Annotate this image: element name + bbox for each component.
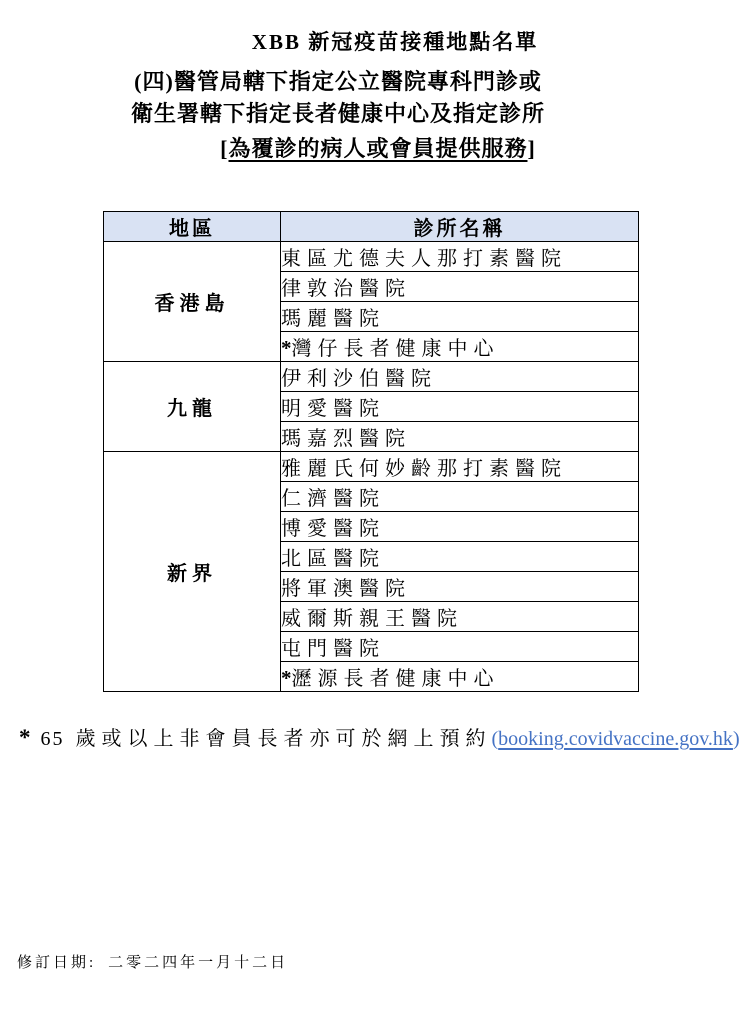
clinic-cell: 博愛醫院 [281, 512, 639, 542]
clinic-cell: *灣仔長者健康中心 [281, 332, 639, 362]
clinic-cell: 北區醫院 [281, 542, 639, 572]
booking-link[interactable]: booking.covidvaccine.gov.hk [498, 728, 733, 750]
subtitle-line-2: 衛生署轄下指定長者健康中心及指定診所 [0, 97, 676, 128]
footnote-number: 65 [41, 728, 65, 750]
table-row: 九龍伊利沙伯醫院 [104, 362, 639, 392]
table-row: 新界雅麗氏何妙齡那打素醫院 [104, 452, 639, 482]
document-page: XBB 新冠疫苗接種地點名單 (四)醫管局轄下指定公立醫院專科門診或 衛生署轄下… [0, 0, 751, 1022]
clinic-table-body: 香港島東區尤德夫人那打素醫院律敦治醫院瑪麗醫院*灣仔長者健康中心九龍伊利沙伯醫院… [104, 242, 639, 692]
footnote-close-paren: ) [733, 728, 740, 750]
table-header-row: 地區 診所名稱 [104, 212, 639, 242]
clinic-cell: 東區尤德夫人那打素醫院 [281, 242, 639, 272]
footnote-asterisk: * [19, 725, 31, 750]
clinic-cell: 伊利沙伯醫院 [281, 362, 639, 392]
revision-date-line: 修訂日期:二零二四年一月十二日 [17, 951, 288, 972]
clinic-cell: 瑪麗醫院 [281, 302, 639, 332]
clinic-cell: 屯門醫院 [281, 632, 639, 662]
clinic-cell: 將軍澳醫院 [281, 572, 639, 602]
clinic-cell: *瀝源長者健康中心 [281, 662, 639, 692]
clinic-cell: 瑪嘉烈醫院 [281, 422, 639, 452]
clinic-column-header: 診所名稱 [281, 212, 639, 242]
clinic-asterisk: * [281, 336, 292, 360]
district-column-header: 地區 [104, 212, 281, 242]
document-title: XBB 新冠疫苗接種地點名單 [0, 26, 751, 56]
service-note: [為覆診的病人或會員提供服務] [0, 132, 751, 163]
clinic-cell: 雅麗氏何妙齡那打素醫院 [281, 452, 639, 482]
footnote-text: 歲或以上非會員長者亦可於網上預約 [76, 728, 492, 750]
subtitle-line-1: (四)醫管局轄下指定公立醫院專科門診或 [0, 65, 676, 96]
footnote: *65 歲或以上非會員長者亦可於網上預約(booking.covidvaccin… [19, 722, 739, 751]
district-cell: 九龍 [104, 362, 281, 452]
table-row: 香港島東區尤德夫人那打素醫院 [104, 242, 639, 272]
clinic-cell: 明愛醫院 [281, 392, 639, 422]
service-note-text: 為覆診的病人或會員提供服務 [228, 136, 527, 161]
clinic-table: 地區 診所名稱 香港島東區尤德夫人那打素醫院律敦治醫院瑪麗醫院*灣仔長者健康中心… [103, 211, 639, 692]
clinic-asterisk: * [281, 666, 292, 690]
service-note-close-bracket: ] [528, 136, 536, 161]
revision-date: 二零二四年一月十二日 [108, 955, 288, 971]
district-cell: 香港島 [104, 242, 281, 362]
clinic-cell: 律敦治醫院 [281, 272, 639, 302]
district-cell: 新界 [104, 452, 281, 692]
revision-label: 修訂日期: [17, 955, 96, 971]
clinic-cell: 仁濟醫院 [281, 482, 639, 512]
clinic-cell: 威爾斯親王醫院 [281, 602, 639, 632]
